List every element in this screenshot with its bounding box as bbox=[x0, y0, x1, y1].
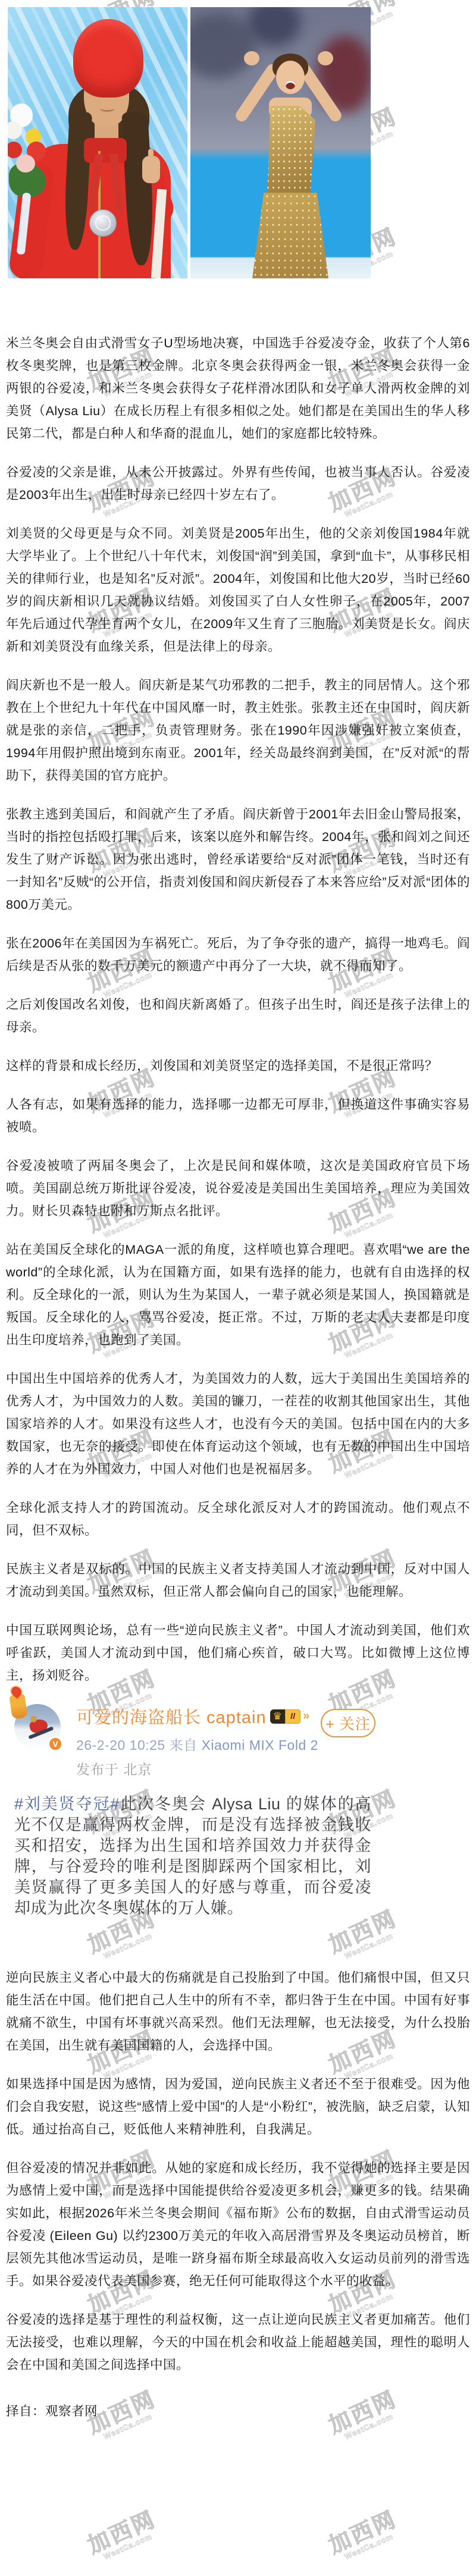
paragraph: 民族主义者是双标的。中国的民族主义者支持美国人才流动到中国，反对中国人才流动到美… bbox=[6, 1558, 470, 1603]
weibo-username[interactable]: 可爱的海盗船长 captain bbox=[76, 1704, 267, 1728]
paragraph: 中国互联网舆论场，总有一些“逆向民族主义者”。中国人才流动到美国，他们欢呼雀跃，… bbox=[6, 1619, 470, 1687]
paragraph: 中国出生中国培养的优秀人才，为美国效力的人数，远大于美国出生美国培养的优秀人才，… bbox=[6, 1367, 470, 1480]
photo-collage bbox=[8, 7, 371, 278]
article-section-1: 米兰冬奥会自由式滑雪女子U型场地决赛，中国选手谷爱凌夺金，收获了个人第6枚冬奥奖… bbox=[6, 332, 470, 1687]
hashtag-link[interactable]: #刘美贤夺冠# bbox=[14, 1795, 120, 1813]
source-line: 择自：观察者网 bbox=[6, 2400, 470, 2423]
paragraph: 谷爱凌的选择是基于理性的利益权衡，这一点让逆向民族主义者更加痛苦。他们无法接受，… bbox=[6, 2308, 470, 2376]
post-body-text: 此次冬奥会 Alysa Liu 的媒体的高光不仅是赢得两枚金牌，而是没有选择被金… bbox=[14, 1795, 371, 1917]
photo-eileen-gu bbox=[8, 7, 187, 278]
red-fur-hat bbox=[73, 19, 143, 98]
raised-hand bbox=[142, 156, 160, 183]
paragraph: 张在2006年在美国因为车祸死亡。死后，为了争夺张的遗产，搞得一地鸡毛。阎后续是… bbox=[6, 932, 470, 977]
paragraph: 逆向民族主义者心中最大的伤痛就是自己投胎到了中国。他们痛恨中国，但又只能生活在中… bbox=[6, 1966, 470, 2057]
weibo-header: V 可爱的海盗船长 captain ♛ II » 26-2-20 10:25 来… bbox=[14, 1703, 395, 1778]
post-location: 发布于 北京 bbox=[76, 1759, 318, 1778]
paragraph: 米兰冬奥会自由式滑雪女子U型场地决赛，中国选手谷爱凌夺金，收获了个人第6枚冬奥奖… bbox=[6, 332, 470, 445]
page: 加西网WestCa.com加西网WestCa.com加西网WestCa.com加… bbox=[0, 0, 476, 2576]
gold-dress bbox=[265, 106, 315, 195]
site-watermark: 加西网WestCa.com bbox=[68, 2495, 176, 2571]
paragraph: 人各有志，如果有选择的能力，选择哪一边都无可厚非，但换道这件事确实容易被喷。 bbox=[6, 1093, 470, 1138]
paragraph: 阎庆新也不是一般人。阎庆新是某气功邪教的二把手，教主的同居情人。这个邪教在上个世… bbox=[6, 674, 470, 787]
chevron-right-icon: » bbox=[303, 1709, 309, 1723]
torch-icon bbox=[9, 1693, 27, 1719]
weibo-meta: 可爱的海盗船长 captain ♛ II » 26-2-20 10:25 来自 … bbox=[76, 1703, 318, 1778]
paragraph: 如果选择中国是因为感情，因为爱国，逆向民族主义者还不至于很难受。因为他们会自我安… bbox=[6, 2073, 470, 2141]
follow-button[interactable]: + 关注 bbox=[321, 1709, 375, 1737]
paragraph: 张教主逃到美国后，和阎就产生了矛盾。阎庆新曾于2001年去旧金山警局报案，当时的… bbox=[6, 803, 470, 916]
article-body: 米兰冬奥会自由式滑雪女子U型场地决赛，中国选手谷爱凌夺金，收获了个人第6枚冬奥奖… bbox=[0, 332, 476, 2423]
paragraph: 全球化派支持人才的跨国流动。反全球化派反对人才的跨国流动。他们观点不同，但不双标… bbox=[6, 1496, 470, 1542]
post-time: 26-2-20 10:25 bbox=[76, 1737, 165, 1753]
level-badge: II bbox=[285, 1709, 300, 1724]
silver-medal bbox=[89, 209, 117, 237]
paragraph: 站在美国反全球化的MAGA一派的角度，这样喷也算合理吧。喜欢唱“we are t… bbox=[6, 1238, 470, 1351]
paragraph: 之后刘俊国改名刘俊，也和阎庆新离婚了。但孩子出生时，阎还是孩子法律上的母亲。 bbox=[6, 993, 470, 1038]
weibo-embed: V 可爱的海盗船长 captain ♛ II » 26-2-20 10:25 来… bbox=[14, 1703, 395, 1919]
from-label: 来自 bbox=[170, 1737, 198, 1753]
skier-avatar-image bbox=[29, 1718, 49, 1735]
site-watermark: 加西网WestCa.com bbox=[309, 2495, 416, 2571]
device-link[interactable]: Xiaomi MIX Fold 2 bbox=[202, 1737, 318, 1753]
crown-badge-icon: ♛ bbox=[270, 1709, 285, 1724]
paragraph: 这样的背景和成长经历，刘俊国和刘美贤坚定的选择美国，不是很正常吗？ bbox=[6, 1055, 470, 1077]
photo-alysa-liu bbox=[190, 7, 371, 278]
article-section-2: 逆向民族主义者心中最大的伤痛就是自己投胎到了中国。他们痛恨中国，但又只能生活在中… bbox=[6, 1966, 470, 2376]
verified-badge-icon: V bbox=[48, 1736, 63, 1752]
weibo-post-text: #刘美贤夺冠#此次冬奥会 Alysa Liu 的媒体的高光不仅是赢得两枚金牌，而… bbox=[14, 1794, 371, 1919]
paragraph: 谷爱凌的父亲是谁，从未公开披露过。外界有些传闻，也被当事人否认。谷爱凌是2003… bbox=[6, 461, 470, 506]
paragraph: 谷爱凌被喷了两届冬奥会了，上次是民间和媒体喷，这次是美国政府官员下场喷。美国副总… bbox=[6, 1154, 470, 1222]
paragraph: 但谷爱凌的情况并非如此。从她的家庭和成长经历，我不觉得她的选择主要是因为感情上爱… bbox=[6, 2157, 470, 2292]
weibo-avatar[interactable]: V bbox=[14, 1703, 61, 1749]
paragraph: 刘美贤的父母更是与众不同。刘美贤是2005年出生，他的父亲刘俊国1984年就大学… bbox=[6, 522, 470, 658]
